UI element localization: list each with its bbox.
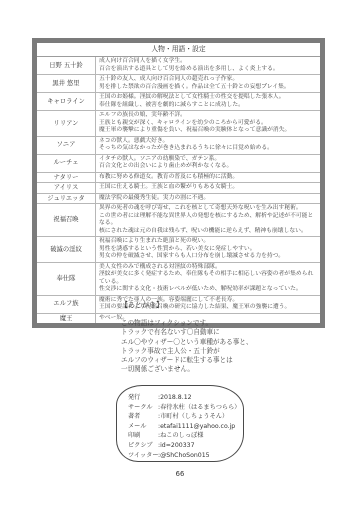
row-description: 祝福召喚により生まれた絶頂と死の呪い。 男性を誘惑するという性質から、若い美女に…	[96, 237, 320, 262]
table-row: アイリス 王国に仕える騎士。王族と血の繋がりもある女騎士。	[37, 183, 320, 194]
row-description: 布教に努める修道女。教育の普及にも積極的に活動。	[96, 173, 320, 183]
character-table: 人物・用語・設定 日野 五十鈴 成人向け百合同人を描く女学生。 百合を演出する道…	[32, 38, 325, 328]
row-name: 奉仕隊	[37, 263, 96, 295]
table-row: ジュリエッタ 魔法学院の最優秀生徒。実力の割に不遇。	[37, 194, 320, 205]
row-name: リリアン	[37, 111, 96, 136]
table-row: ルーチェ イタチの獣人。ソニアの幼馴染で、ガテン系。 百合文化との出会いにより歯…	[37, 155, 320, 173]
row-description: ネコの獣人。悪戯大好き。 そっちの気はなかったが巻き込まれるうちに徐々に目覚め始…	[96, 137, 320, 154]
row-name: 祝福召喚	[37, 204, 96, 236]
colophon-value: :@ShChoSon015	[158, 451, 237, 461]
afterword-section: 【あとがき】 この物語はフィクションです。 トラックで有名ないす〇自動車に エル…	[121, 301, 252, 375]
colophon-row: メール :etafai1111@yahoo.co.jp	[128, 422, 237, 432]
colophon-row: ツイッター :@ShChoSon015	[128, 451, 237, 461]
colophon-label: サークル	[128, 403, 158, 413]
row-description: 美人女性のみで構成される対淫紋の特殊部隊。 淫紋が美女に多く発症するため、奉仕隊…	[96, 263, 320, 295]
row-name: キャロライン	[37, 93, 96, 110]
colophon-value: :etafai1111@yahoo.co.jp	[158, 422, 237, 432]
colophon-row: 著者 :市町村（しちょうそん）	[128, 412, 237, 422]
table-row: リリアン エルフの族長の娘、実年齢不詳。 王族とも親交が深く、キャロラインを幼少…	[37, 111, 320, 137]
colophon-label: 著者	[128, 412, 158, 422]
colophon-box: 発行 :2018.8.12 サークル :春待氷柱（はるまちつらら） 著者 :市町…	[116, 385, 244, 462]
colophon-value: :春待氷柱（はるまちつらら）	[158, 403, 237, 413]
table-row: 奉仕隊 美人女性のみで構成される対淫紋の特殊部隊。 淫紋が美女に多く発症するため…	[37, 263, 320, 296]
row-name: ジュリエッタ	[37, 194, 96, 204]
table-row: ナタリー 布教に努める修道女。教育の普及にも積極的に活動。	[37, 173, 320, 184]
colophon-label: ピクシブ	[128, 441, 158, 451]
row-description: 魔法学院の最優秀生徒。実力の割に不遇。	[96, 194, 320, 204]
colophon-value: :2018.8.12	[158, 393, 237, 403]
table-row: ソニア ネコの獣人。悪戯大好き。 そっちの気はなかったが巻き込まれるうちに徐々に…	[37, 137, 320, 155]
row-description: 成人向け百合同人を描く女学生。 百合を演出する道具として男を絡める演出を多用し、…	[96, 57, 320, 74]
afterword-body: この物語はフィクションです。 トラックで有名ないす〇自動車に エル〇やウィザー〇…	[121, 319, 252, 375]
row-name: 破滅の淫紋	[37, 237, 96, 262]
colophon-value: :id=200337	[158, 441, 237, 451]
table-row: 祝福召喚 異界の死者の魂を呼び寄せ、これを核として奇想天外な呪いを生み出す秘術。…	[37, 204, 320, 237]
colophon-row: 印刷 :ねこのしっぽ様	[128, 431, 237, 441]
row-description: 異界の死者の魂を呼び寄せ、これを核として奇想天外な呪いを生み出す秘術。 この世の…	[96, 204, 320, 236]
colophon-row: 発行 :2018.8.12	[128, 393, 237, 403]
row-name: 魔王	[37, 314, 96, 324]
afterword-title: 【あとがき】	[121, 301, 252, 310]
colophon-row: サークル :春待氷柱（はるまちつらら）	[128, 403, 237, 413]
table-row: 日野 五十鈴 成人向け百合同人を描く女学生。 百合を演出する道具として男を絡める…	[37, 57, 320, 75]
row-name: ナタリー	[37, 173, 96, 183]
row-name: アイリス	[37, 183, 96, 193]
row-name: エルフ族	[37, 296, 96, 313]
row-description: 王国に仕える騎士。王族と血の繋がりもある女騎士。	[96, 183, 320, 193]
table-row: キャロライン 王国のお姫様。淫紋の解呪法として女性騎士の性交を提唱した張本人。 …	[37, 93, 320, 111]
row-name: 日野 五十鈴	[37, 57, 96, 74]
colophon-label: ツイッター	[128, 451, 158, 461]
colophon-value: :市町村（しちょうそん）	[158, 412, 237, 422]
colophon-value: :ねこのしっぽ様	[158, 431, 237, 441]
table-title: 人物・用語・設定	[37, 43, 320, 57]
colophon-label: 発行	[128, 393, 158, 403]
colophon-label: 印刷	[128, 431, 158, 441]
row-description: イタチの獣人。ソニアの幼馴染で、ガテン系。 百合文化との出会いにより歯止めが利か…	[96, 155, 320, 172]
row-description: 王国のお姫様。淫紋の解呪法として女性騎士の性交を提唱した張本人。 奉仕隊を組織し…	[96, 93, 320, 110]
row-description: 五十鈴の友人、成人向け百合同人の超売れっ子作家。 男を排した禁欲の百合漫画を描く…	[96, 75, 320, 92]
row-name: 黒井 悠里	[37, 75, 96, 92]
row-description: エルフの族長の娘、実年齢不詳。 王族とも親交が深く、キャロラインを幼少のころから…	[96, 111, 320, 136]
page-number: 66	[0, 470, 360, 478]
table-row: 破滅の淫紋 祝福召喚により生まれた絶頂と死の呪い。 男性を誘惑するという性質から…	[37, 237, 320, 263]
document-page: 人物・用語・設定 日野 五十鈴 成人向け百合同人を描く女学生。 百合を演出する道…	[0, 0, 360, 508]
row-name: ルーチェ	[37, 155, 96, 172]
colophon-label: メール	[128, 422, 158, 432]
colophon-row: ピクシブ :id=200337	[128, 441, 237, 451]
row-name: ソニア	[37, 137, 96, 154]
table-row: 黒井 悠里 五十鈴の友人、成人向け百合同人の超売れっ子作家。 男を排した禁欲の百…	[37, 75, 320, 93]
